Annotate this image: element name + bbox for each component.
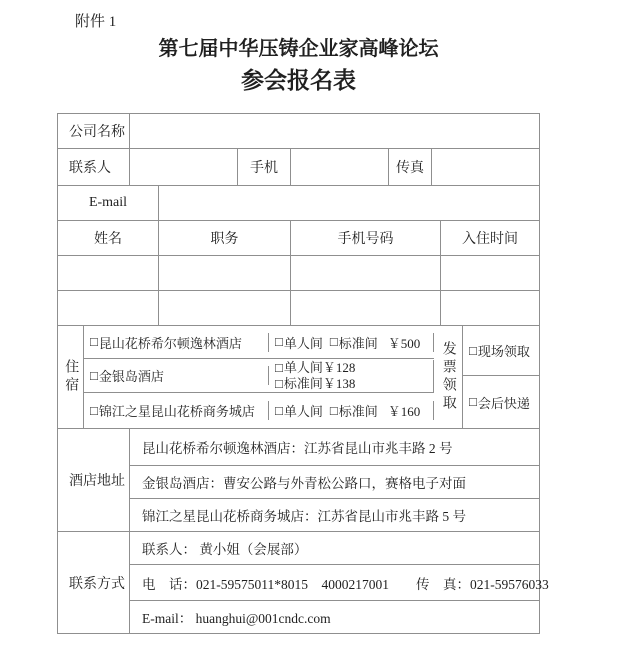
- company-name-label: 公司名称: [58, 114, 130, 148]
- attendee-position-input[interactable]: [159, 256, 291, 290]
- contact-person-input[interactable]: [130, 149, 238, 185]
- room-price: ￥160: [388, 401, 421, 420]
- hotel-address-line: 锦江之星昆山花桥商务城店：江苏省昆山市兆丰路 5 号: [130, 499, 540, 531]
- company-name-input[interactable]: [130, 114, 540, 148]
- mobile-input[interactable]: [291, 149, 389, 185]
- attendee-position-input[interactable]: [159, 291, 291, 325]
- room-options-hilton: □单人间 □标准间 ￥500: [269, 333, 434, 352]
- hotel-option-hilton[interactable]: □昆山花桥希尔顿逸林酒店: [84, 333, 269, 352]
- attendee-mobile-input[interactable]: [291, 291, 441, 325]
- fax-label: 传真: [389, 149, 432, 185]
- hotel-row-jinjiang: □锦江之星昆山花桥商务城店 □单人间 □标准间 ￥160: [84, 393, 434, 428]
- attendee-checkin-input[interactable]: [441, 256, 540, 290]
- invoice-option-onsite[interactable]: □现场领取: [463, 326, 540, 376]
- room-option-line: □单人间￥128: [275, 360, 355, 376]
- accommodation-section: 住宿 □昆山花桥希尔顿逸林酒店 □单人间 □标准间 ￥500 □金银岛酒店: [58, 326, 540, 429]
- forum-title: 第七届中华压铸企业家高峰论坛: [57, 36, 540, 63]
- hotel-option-jinyindao[interactable]: □金银岛酒店: [84, 366, 269, 385]
- room-price: ￥500: [388, 333, 421, 352]
- contact-person-line: 联系人： 黄小姐（会展部）: [130, 532, 540, 565]
- standard-room-label: 标准间￥138: [284, 376, 356, 391]
- contact-row: 联系人 手机 传真: [58, 149, 540, 186]
- single-room-checkbox[interactable]: □: [275, 360, 283, 375]
- mobile-label: 手机: [238, 149, 291, 185]
- single-room-label: 单人间￥128: [284, 360, 356, 375]
- attendee-header-checkin: 入住时间: [441, 221, 540, 255]
- attendee-header-position: 职务: [159, 221, 291, 255]
- standard-room-checkbox[interactable]: □: [275, 376, 283, 391]
- standard-room-label: 标准间: [339, 333, 378, 352]
- invoice-onsite-checkbox[interactable]: □: [469, 343, 477, 359]
- email-input[interactable]: [159, 186, 540, 220]
- standard-room-checkbox[interactable]: □: [330, 403, 338, 419]
- contact-info-section: 联系方式 联系人： 黄小姐（会展部） 电 话：021-59575011*8015…: [58, 532, 540, 634]
- invoice-options-group: □现场领取 □会后快递: [463, 326, 540, 428]
- hotel-checkbox[interactable]: □: [90, 334, 98, 350]
- email-line: E-mail： huanghui@001cndc.com: [130, 601, 540, 633]
- hotel-address-label: 酒店地址: [58, 429, 130, 531]
- hotel-address-section: 酒店地址 昆山花桥希尔顿逸林酒店：江苏省昆山市兆丰路 2 号 金银岛酒店：曹安公…: [58, 429, 540, 532]
- form-title: 参会报名表: [57, 65, 540, 96]
- company-row: 公司名称: [58, 114, 540, 149]
- email-row: E-mail: [58, 186, 540, 221]
- attendee-name-input[interactable]: [58, 291, 159, 325]
- email-label: E-mail: [58, 186, 159, 220]
- attendee-checkin-input[interactable]: [441, 291, 540, 325]
- hotel-address-lines: 昆山花桥希尔顿逸林酒店：江苏省昆山市兆丰路 2 号 金银岛酒店：曹安公路与外青松…: [130, 429, 540, 531]
- hotel-checkbox[interactable]: □: [90, 403, 98, 419]
- invoice-pickup-label-cell: 发票领取: [434, 326, 463, 428]
- contact-info-lines: 联系人： 黄小姐（会展部） 电 话：021-59575011*8015 4000…: [130, 532, 540, 633]
- invoice-courier-checkbox[interactable]: □: [469, 394, 477, 410]
- hotel-address-line: 金银岛酒店：曹安公路与外青松公路口，赛格电子对面: [130, 466, 540, 499]
- registration-table: 公司名称 联系人 手机 传真 E-mail 姓名 职务 手机号码 入住时间: [57, 113, 540, 634]
- attendee-mobile-input[interactable]: [291, 256, 441, 290]
- room-option-line: □标准间￥138: [275, 376, 355, 392]
- single-room-checkbox[interactable]: □: [275, 334, 283, 350]
- accommodation-label-cell: 住宿: [58, 326, 84, 428]
- page-title: 第七届中华压铸企业家高峰论坛 参会报名表: [57, 36, 540, 96]
- invoice-pickup-label: 发票领取: [440, 341, 455, 413]
- invoice-option-courier[interactable]: □会后快递: [463, 376, 540, 428]
- room-options-jinjiang: □单人间 □标准间 ￥160: [269, 401, 434, 420]
- invoice-courier-label: 会后快递: [478, 393, 530, 412]
- contact-method-label: 联系方式: [58, 532, 130, 633]
- single-room-label: 单人间: [284, 333, 323, 352]
- hotel-name-label: 金银岛酒店: [99, 366, 164, 385]
- hotel-name-label: 锦江之星昆山花桥商务城店: [99, 401, 255, 420]
- invoice-onsite-label: 现场领取: [478, 341, 530, 360]
- attendee-row: [58, 256, 540, 291]
- fax-input[interactable]: [432, 149, 540, 185]
- attendee-header-row: 姓名 职务 手机号码 入住时间: [58, 221, 540, 256]
- hotel-address-line: 昆山花桥希尔顿逸林酒店：江苏省昆山市兆丰路 2 号: [130, 429, 540, 466]
- attendee-row: [58, 291, 540, 326]
- phone-fax-line: 电 话：021-59575011*8015 4000217001 传 真：021…: [130, 565, 540, 601]
- standard-room-checkbox[interactable]: □: [330, 334, 338, 350]
- room-options-jinyindao: □单人间￥128 □标准间￥138: [269, 360, 434, 392]
- hotel-row-jinyindao: □金银岛酒店 □单人间￥128 □标准间￥138: [84, 359, 434, 393]
- standard-room-label: 标准间: [339, 401, 378, 420]
- attendee-header-name: 姓名: [58, 221, 159, 255]
- attachment-label: 附件 1: [75, 10, 116, 31]
- single-room-label: 单人间: [284, 401, 323, 420]
- hotel-option-jinjiang[interactable]: □锦江之星昆山花桥商务城店: [84, 401, 269, 420]
- contact-person-label: 联系人: [58, 149, 130, 185]
- single-room-checkbox[interactable]: □: [275, 403, 283, 419]
- hotel-checkbox[interactable]: □: [90, 368, 98, 384]
- hotel-row-hilton: □昆山花桥希尔顿逸林酒店 □单人间 □标准间 ￥500: [84, 326, 434, 359]
- hotel-name-label: 昆山花桥希尔顿逸林酒店: [99, 333, 242, 352]
- attendee-header-mobile: 手机号码: [291, 221, 441, 255]
- accommodation-label: 住宿: [63, 359, 78, 395]
- attendee-name-input[interactable]: [58, 256, 159, 290]
- hotel-options-group: □昆山花桥希尔顿逸林酒店 □单人间 □标准间 ￥500 □金银岛酒店: [84, 326, 434, 428]
- registration-form-page: 附件 1 第七届中华压铸企业家高峰论坛 参会报名表 公司名称 联系人 手机 传真…: [0, 0, 638, 660]
